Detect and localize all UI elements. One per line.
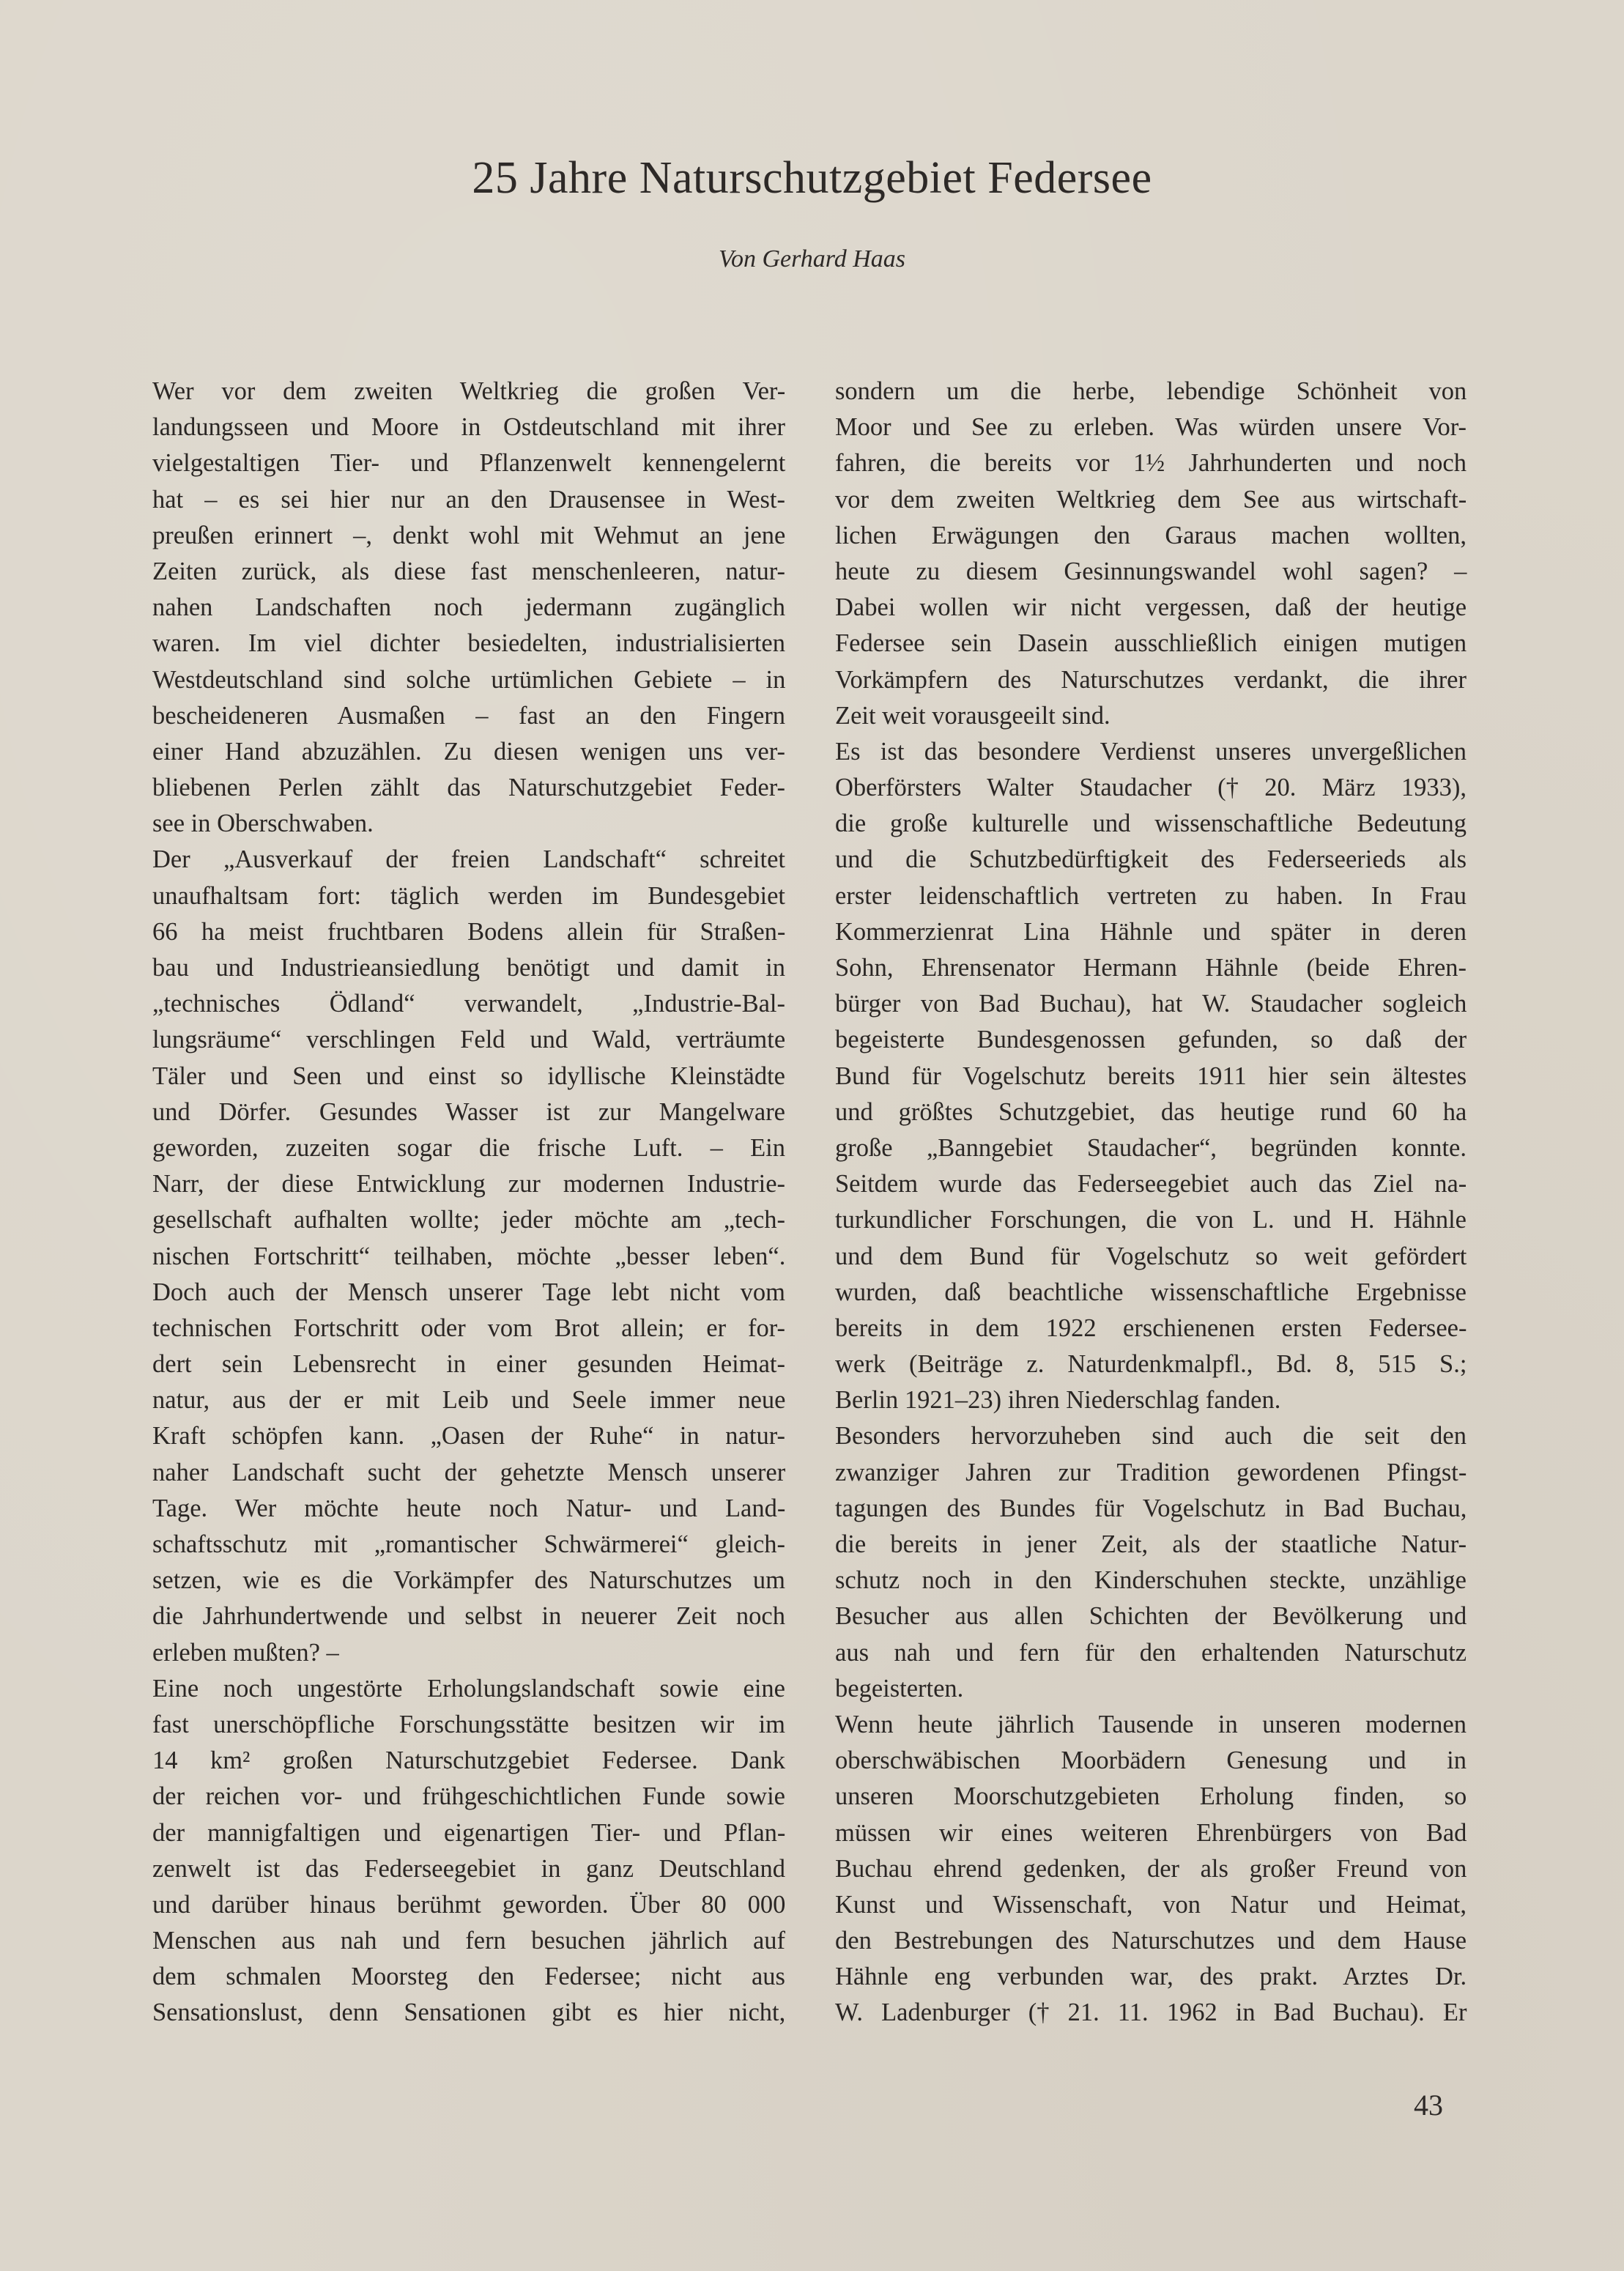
text-line: Sensationslust, denn Sensationen gibt es… — [152, 1995, 785, 2031]
text-line: lungsräume“ verschlingen Feld und Wald, … — [152, 1022, 785, 1058]
text-line: und Dörfer. Gesundes Wasser ist zur Mang… — [152, 1094, 785, 1130]
text-line: landungsseen und Moore in Ostdeutschland… — [152, 410, 785, 445]
text-line: große „Banngebiet Staudacher“, begründen… — [835, 1130, 1467, 1166]
text-line: Tage. Wer möchte heute noch Natur- und L… — [152, 1491, 785, 1527]
text-line: W. Ladenburger († 21. 11. 1962 in Bad Bu… — [835, 1995, 1467, 2031]
text-line: Zeiten zurück, als diese fast menschenle… — [152, 554, 785, 590]
text-line: müssen wir eines weiteren Ehrenbürgers v… — [835, 1815, 1467, 1851]
text-line: schaftsschutz mit „romantischer Schwärme… — [152, 1527, 785, 1563]
text-line: nahen Landschaften noch jedermann zugäng… — [152, 590, 785, 626]
text-line: unaufhaltsam fort: täglich werden im Bun… — [152, 878, 785, 914]
text-line: dert sein Lebensrecht in einer gesunden … — [152, 1346, 785, 1382]
text-line: werk (Beiträge z. Naturdenkmalpfl., Bd. … — [835, 1346, 1467, 1382]
text-line: bereits in dem 1922 erschienenen ersten … — [835, 1311, 1467, 1346]
text-line: einer Hand abzuzählen. Zu diesen wenigen… — [152, 734, 785, 770]
text-line: Moor und See zu erleben. Was würden unse… — [835, 410, 1467, 445]
text-line: Berlin 1921–23) ihren Niederschlag fande… — [835, 1382, 1467, 1418]
text-line: Kommerzienrat Lina Hähnle und später in … — [835, 914, 1467, 950]
text-line: see in Oberschwaben. — [152, 806, 785, 842]
text-line: natur, aus der er mit Leib und Seele imm… — [152, 1382, 785, 1418]
text-line: Besucher aus allen Schichten der Bevölke… — [835, 1598, 1467, 1634]
text-line: oberschwäbischen Moorbädern Genesung und… — [835, 1743, 1467, 1779]
text-line: Oberförsters Walter Staudacher († 20. Mä… — [835, 770, 1467, 806]
text-line: Hähnle eng verbunden war, des prakt. Arz… — [835, 1959, 1467, 1995]
text-line: „technisches Ödland“ verwandelt, „Indust… — [152, 986, 785, 1022]
text-line: begeisterten. — [835, 1671, 1467, 1707]
text-line: fahren, die bereits vor 1½ Jahrhunderten… — [835, 445, 1467, 481]
left-text-column: Wer vor dem zweiten Weltkrieg die großen… — [152, 374, 785, 2031]
text-line: Vorkämpfern des Naturschutzes verdankt, … — [835, 662, 1467, 698]
text-line: Dabei wollen wir nicht vergessen, daß de… — [835, 590, 1467, 626]
text-line: zenwelt ist das Federseegebiet in ganz D… — [152, 1851, 785, 1887]
text-line: lichen Erwägungen den Garaus machen woll… — [835, 518, 1467, 554]
text-line: Doch auch der Mensch unserer Tage lebt n… — [152, 1275, 785, 1311]
text-line: technischen Fortschritt oder vom Brot al… — [152, 1311, 785, 1346]
text-line: Eine noch ungestörte Erholungslandschaft… — [152, 1671, 785, 1707]
text-line: Wenn heute jährlich Tausende in unseren … — [835, 1707, 1467, 1743]
article-title: 25 Jahre Naturschutzgebiet Federsee — [0, 152, 1624, 204]
text-line: setzen, wie es die Vorkämpfer des Naturs… — [152, 1563, 785, 1598]
text-line: die bereits in jener Zeit, als der staat… — [835, 1527, 1467, 1563]
text-line: Kraft schöpfen kann. „Oasen der Ruhe“ in… — [152, 1418, 785, 1454]
text-line: Buchau ehrend gedenken, der als großer F… — [835, 1851, 1467, 1887]
text-line: der reichen vor- und frühgeschichtlichen… — [152, 1779, 785, 1815]
text-line: Der „Ausverkauf der freien Landschaft“ s… — [152, 842, 785, 878]
text-line: Wer vor dem zweiten Weltkrieg die großen… — [152, 374, 785, 410]
text-line: gesellschaft aufhalten wollte; jeder möc… — [152, 1202, 785, 1238]
text-line: und die Schutzbedürftigkeit des Federsee… — [835, 842, 1467, 878]
text-line: und darüber hinaus berühmt geworden. Übe… — [152, 1887, 785, 1923]
text-line: Zeit weit vorausgeeilt sind. — [835, 698, 1467, 734]
text-line: Westdeutschland sind solche urtümlichen … — [152, 662, 785, 698]
text-line: den Bestrebungen des Naturschutzes und d… — [835, 1923, 1467, 1959]
text-line: Seitdem wurde das Federseegebiet auch da… — [835, 1166, 1467, 1202]
text-line: und größtes Schutzgebiet, das heutige ru… — [835, 1094, 1467, 1130]
text-line: preußen erinnert –, denkt wohl mit Wehmu… — [152, 518, 785, 554]
text-line: wurden, daß beachtliche wissenschaftlich… — [835, 1275, 1467, 1311]
text-line: die große kulturelle und wissenschaftlic… — [835, 806, 1467, 842]
text-line: bürger von Bad Buchau), hat W. Staudache… — [835, 986, 1467, 1022]
text-line: dem schmalen Moorsteg den Federsee; nich… — [152, 1959, 785, 1995]
text-line: Täler und Seen und einst so idyllische K… — [152, 1059, 785, 1094]
text-line: schutz noch in den Kinderschuhen steckte… — [835, 1563, 1467, 1598]
text-line: bescheideneren Ausmaßen – fast an den Fi… — [152, 698, 785, 734]
text-line: zwanziger Jahren zur Tradition gewordene… — [835, 1455, 1467, 1491]
text-line: Menschen aus nah und fern besuchen jährl… — [152, 1923, 785, 1959]
text-line: unseren Moorschutzgebieten Erholung find… — [835, 1779, 1467, 1815]
text-line: sondern um die herbe, lebendige Schönhei… — [835, 374, 1467, 410]
text-line: 66 ha meist fruchtbaren Bodens allein fü… — [152, 914, 785, 950]
text-line: naher Landschaft sucht der gehetzte Mens… — [152, 1455, 785, 1491]
text-line: bliebenen Perlen zählt das Naturschutzge… — [152, 770, 785, 806]
document-page: 25 Jahre Naturschutzgebiet Federsee Von … — [0, 0, 1624, 2271]
text-line: fast unerschöpfliche Forschungsstätte be… — [152, 1707, 785, 1743]
right-text-column: sondern um die herbe, lebendige Schönhei… — [835, 374, 1467, 2031]
text-line: begeisterte Bundesgenossen gefunden, so … — [835, 1022, 1467, 1058]
text-line: Es ist das besondere Verdienst unseres u… — [835, 734, 1467, 770]
text-line: aus nah und fern für den erhaltenden Nat… — [835, 1635, 1467, 1671]
text-line: heute zu diesem Gesinnungswandel wohl sa… — [835, 554, 1467, 590]
text-line: Federsee sein Dasein ausschließlich eini… — [835, 626, 1467, 662]
text-line: vor dem zweiten Weltkrieg dem See aus wi… — [835, 482, 1467, 518]
author-byline: Von Gerhard Haas — [0, 245, 1624, 273]
text-line: der mannigfaltigen und eigenartigen Tier… — [152, 1815, 785, 1851]
text-line: Besonders hervorzuheben sind auch die se… — [835, 1418, 1467, 1454]
text-line: und dem Bund für Vogelschutz so weit gef… — [835, 1239, 1467, 1275]
text-line: Kunst und Wissenschaft, von Natur und He… — [835, 1887, 1467, 1923]
text-line: erleben mußten? – — [152, 1635, 785, 1671]
text-line: Narr, der diese Entwicklung zur modernen… — [152, 1166, 785, 1202]
text-line: vielgestaltigen Tier- und Pflanzenwelt k… — [152, 445, 785, 481]
text-line: hat – es sei hier nur an den Drausensee … — [152, 482, 785, 518]
text-line: 14 km² großen Naturschutzgebiet Federsee… — [152, 1743, 785, 1779]
text-line: erster leidenschaftlich vertreten zu hab… — [835, 878, 1467, 914]
text-line: tagungen des Bundes für Vogelschutz in B… — [835, 1491, 1467, 1527]
text-line: Bund für Vogelschutz bereits 1911 hier s… — [835, 1059, 1467, 1094]
text-line: turkundlicher Forschungen, die von L. un… — [835, 1202, 1467, 1238]
page-number: 43 — [1414, 2088, 1443, 2122]
text-line: nischen Fortschritt“ teilhaben, möchte „… — [152, 1239, 785, 1275]
text-line: geworden, zuzeiten sogar die frische Luf… — [152, 1130, 785, 1166]
text-line: waren. Im viel dichter besiedelten, indu… — [152, 626, 785, 662]
text-line: bau und Industrieansiedlung benötigt und… — [152, 950, 785, 986]
text-line: die Jahrhundertwende und selbst in neuer… — [152, 1598, 785, 1634]
text-line: Sohn, Ehrensenator Hermann Hähnle (beide… — [835, 950, 1467, 986]
